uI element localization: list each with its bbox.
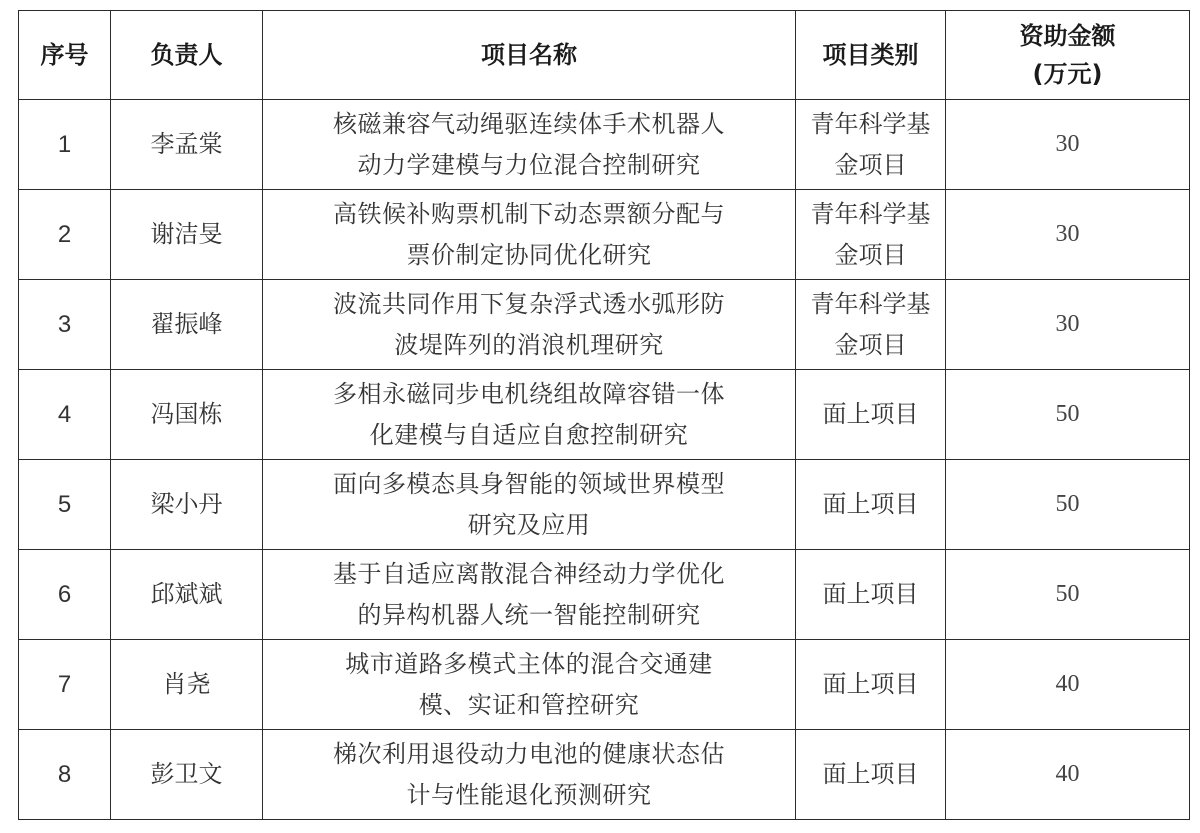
cell-category: 青年科学基金项目: [796, 100, 946, 190]
cell-category: 面上项目: [796, 370, 946, 460]
project-name-line1: 城市道路多模式主体的混合交通建: [269, 644, 789, 685]
cell-category: 面上项目: [796, 460, 946, 550]
cell-index: 3: [19, 280, 111, 370]
category-line1: 青年科学基: [802, 194, 939, 235]
project-name-line1: 面向多模态具身智能的领域世界模型: [269, 464, 789, 505]
cell-project-name: 面向多模态具身智能的领域世界模型研究及应用: [263, 460, 796, 550]
cell-leader: 翟振峰: [111, 280, 263, 370]
cell-category: 青年科学基金项目: [796, 190, 946, 280]
cell-leader: 邱斌斌: [111, 550, 263, 640]
header-project-name: 项目名称: [263, 11, 796, 100]
project-name-line2: 化建模与自适应自愈控制研究: [269, 415, 789, 456]
project-name-line2: 研究及应用: [269, 505, 789, 546]
project-name-line1: 波流共同作用下复杂浮式透水弧形防: [269, 284, 789, 325]
cell-index: 5: [19, 460, 111, 550]
cell-project-name: 基于自适应离散混合神经动力学优化的异构机器人统一智能控制研究: [263, 550, 796, 640]
table-row: 3 翟振峰 波流共同作用下复杂浮式透水弧形防波堤阵列的消浪机理研究 青年科学基金…: [19, 280, 1190, 370]
category-line2: 金项目: [802, 145, 939, 186]
cell-category: 青年科学基金项目: [796, 280, 946, 370]
cell-leader: 彭卫文: [111, 730, 263, 820]
cell-category: 面上项目: [796, 640, 946, 730]
table-row: 2 谢洁旻 高铁候补购票机制下动态票额分配与票价制定协同优化研究 青年科学基金项…: [19, 190, 1190, 280]
cell-index: 6: [19, 550, 111, 640]
table-row: 4 冯国栋 多相永磁同步电机绕组故障容错一体化建模与自适应自愈控制研究 面上项目…: [19, 370, 1190, 460]
cell-amount: 40: [946, 730, 1190, 820]
table-row: 6 邱斌斌 基于自适应离散混合神经动力学优化的异构机器人统一智能控制研究 面上项…: [19, 550, 1190, 640]
table-row: 8 彭卫文 梯次利用退役动力电池的健康状态估计与性能退化预测研究 面上项目 40: [19, 730, 1190, 820]
cell-amount: 40: [946, 640, 1190, 730]
cell-project-name: 高铁候补购票机制下动态票额分配与票价制定协同优化研究: [263, 190, 796, 280]
cell-index: 7: [19, 640, 111, 730]
cell-project-name: 多相永磁同步电机绕组故障容错一体化建模与自适应自愈控制研究: [263, 370, 796, 460]
cell-index: 8: [19, 730, 111, 820]
cell-amount: 30: [946, 280, 1190, 370]
cell-leader: 李孟棠: [111, 100, 263, 190]
cell-amount: 30: [946, 100, 1190, 190]
cell-amount: 30: [946, 190, 1190, 280]
cell-index: 1: [19, 100, 111, 190]
cell-project-name: 梯次利用退役动力电池的健康状态估计与性能退化预测研究: [263, 730, 796, 820]
header-amount-line2: (万元): [952, 55, 1183, 93]
cell-category: 面上项目: [796, 550, 946, 640]
project-name-line1: 多相永磁同步电机绕组故障容错一体: [269, 374, 789, 415]
funding-table: 序号 负责人 项目名称 项目类别 资助金额 (万元) 1 李孟棠 核磁兼容气动绳…: [18, 10, 1190, 820]
project-name-line1: 核磁兼容气动绳驱连续体手术机器人: [269, 104, 789, 145]
category-line2: 金项目: [802, 325, 939, 366]
project-name-line2: 波堤阵列的消浪机理研究: [269, 325, 789, 366]
cell-index: 4: [19, 370, 111, 460]
project-name-line2: 模、实证和管控研究: [269, 685, 789, 726]
cell-leader: 谢洁旻: [111, 190, 263, 280]
table-row: 5 梁小丹 面向多模态具身智能的领域世界模型研究及应用 面上项目 50: [19, 460, 1190, 550]
header-category: 项目类别: [796, 11, 946, 100]
category-line1: 青年科学基: [802, 104, 939, 145]
header-leader: 负责人: [111, 11, 263, 100]
project-name-line2: 计与性能退化预测研究: [269, 775, 789, 816]
cell-amount: 50: [946, 370, 1190, 460]
cell-project-name: 核磁兼容气动绳驱连续体手术机器人动力学建模与力位混合控制研究: [263, 100, 796, 190]
cell-project-name: 波流共同作用下复杂浮式透水弧形防波堤阵列的消浪机理研究: [263, 280, 796, 370]
cell-amount: 50: [946, 460, 1190, 550]
category-line2: 金项目: [802, 235, 939, 276]
cell-leader: 梁小丹: [111, 460, 263, 550]
cell-leader: 冯国栋: [111, 370, 263, 460]
cell-category: 面上项目: [796, 730, 946, 820]
project-name-line2: 票价制定协同优化研究: [269, 235, 789, 276]
cell-leader: 肖尧: [111, 640, 263, 730]
header-row: 序号 负责人 项目名称 项目类别 资助金额 (万元): [19, 11, 1190, 100]
project-name-line1: 梯次利用退役动力电池的健康状态估: [269, 734, 789, 775]
category-line1: 青年科学基: [802, 284, 939, 325]
cell-amount: 50: [946, 550, 1190, 640]
project-name-line2: 的异构机器人统一智能控制研究: [269, 595, 789, 636]
header-index: 序号: [19, 11, 111, 100]
project-name-line2: 动力学建模与力位混合控制研究: [269, 145, 789, 186]
project-name-line1: 高铁候补购票机制下动态票额分配与: [269, 194, 789, 235]
table-row: 7 肖尧 城市道路多模式主体的混合交通建模、实证和管控研究 面上项目 40: [19, 640, 1190, 730]
header-amount: 资助金额 (万元): [946, 11, 1190, 100]
header-amount-line1: 资助金额: [952, 17, 1183, 55]
table-row: 1 李孟棠 核磁兼容气动绳驱连续体手术机器人动力学建模与力位混合控制研究 青年科…: [19, 100, 1190, 190]
cell-index: 2: [19, 190, 111, 280]
project-name-line1: 基于自适应离散混合神经动力学优化: [269, 554, 789, 595]
cell-project-name: 城市道路多模式主体的混合交通建模、实证和管控研究: [263, 640, 796, 730]
